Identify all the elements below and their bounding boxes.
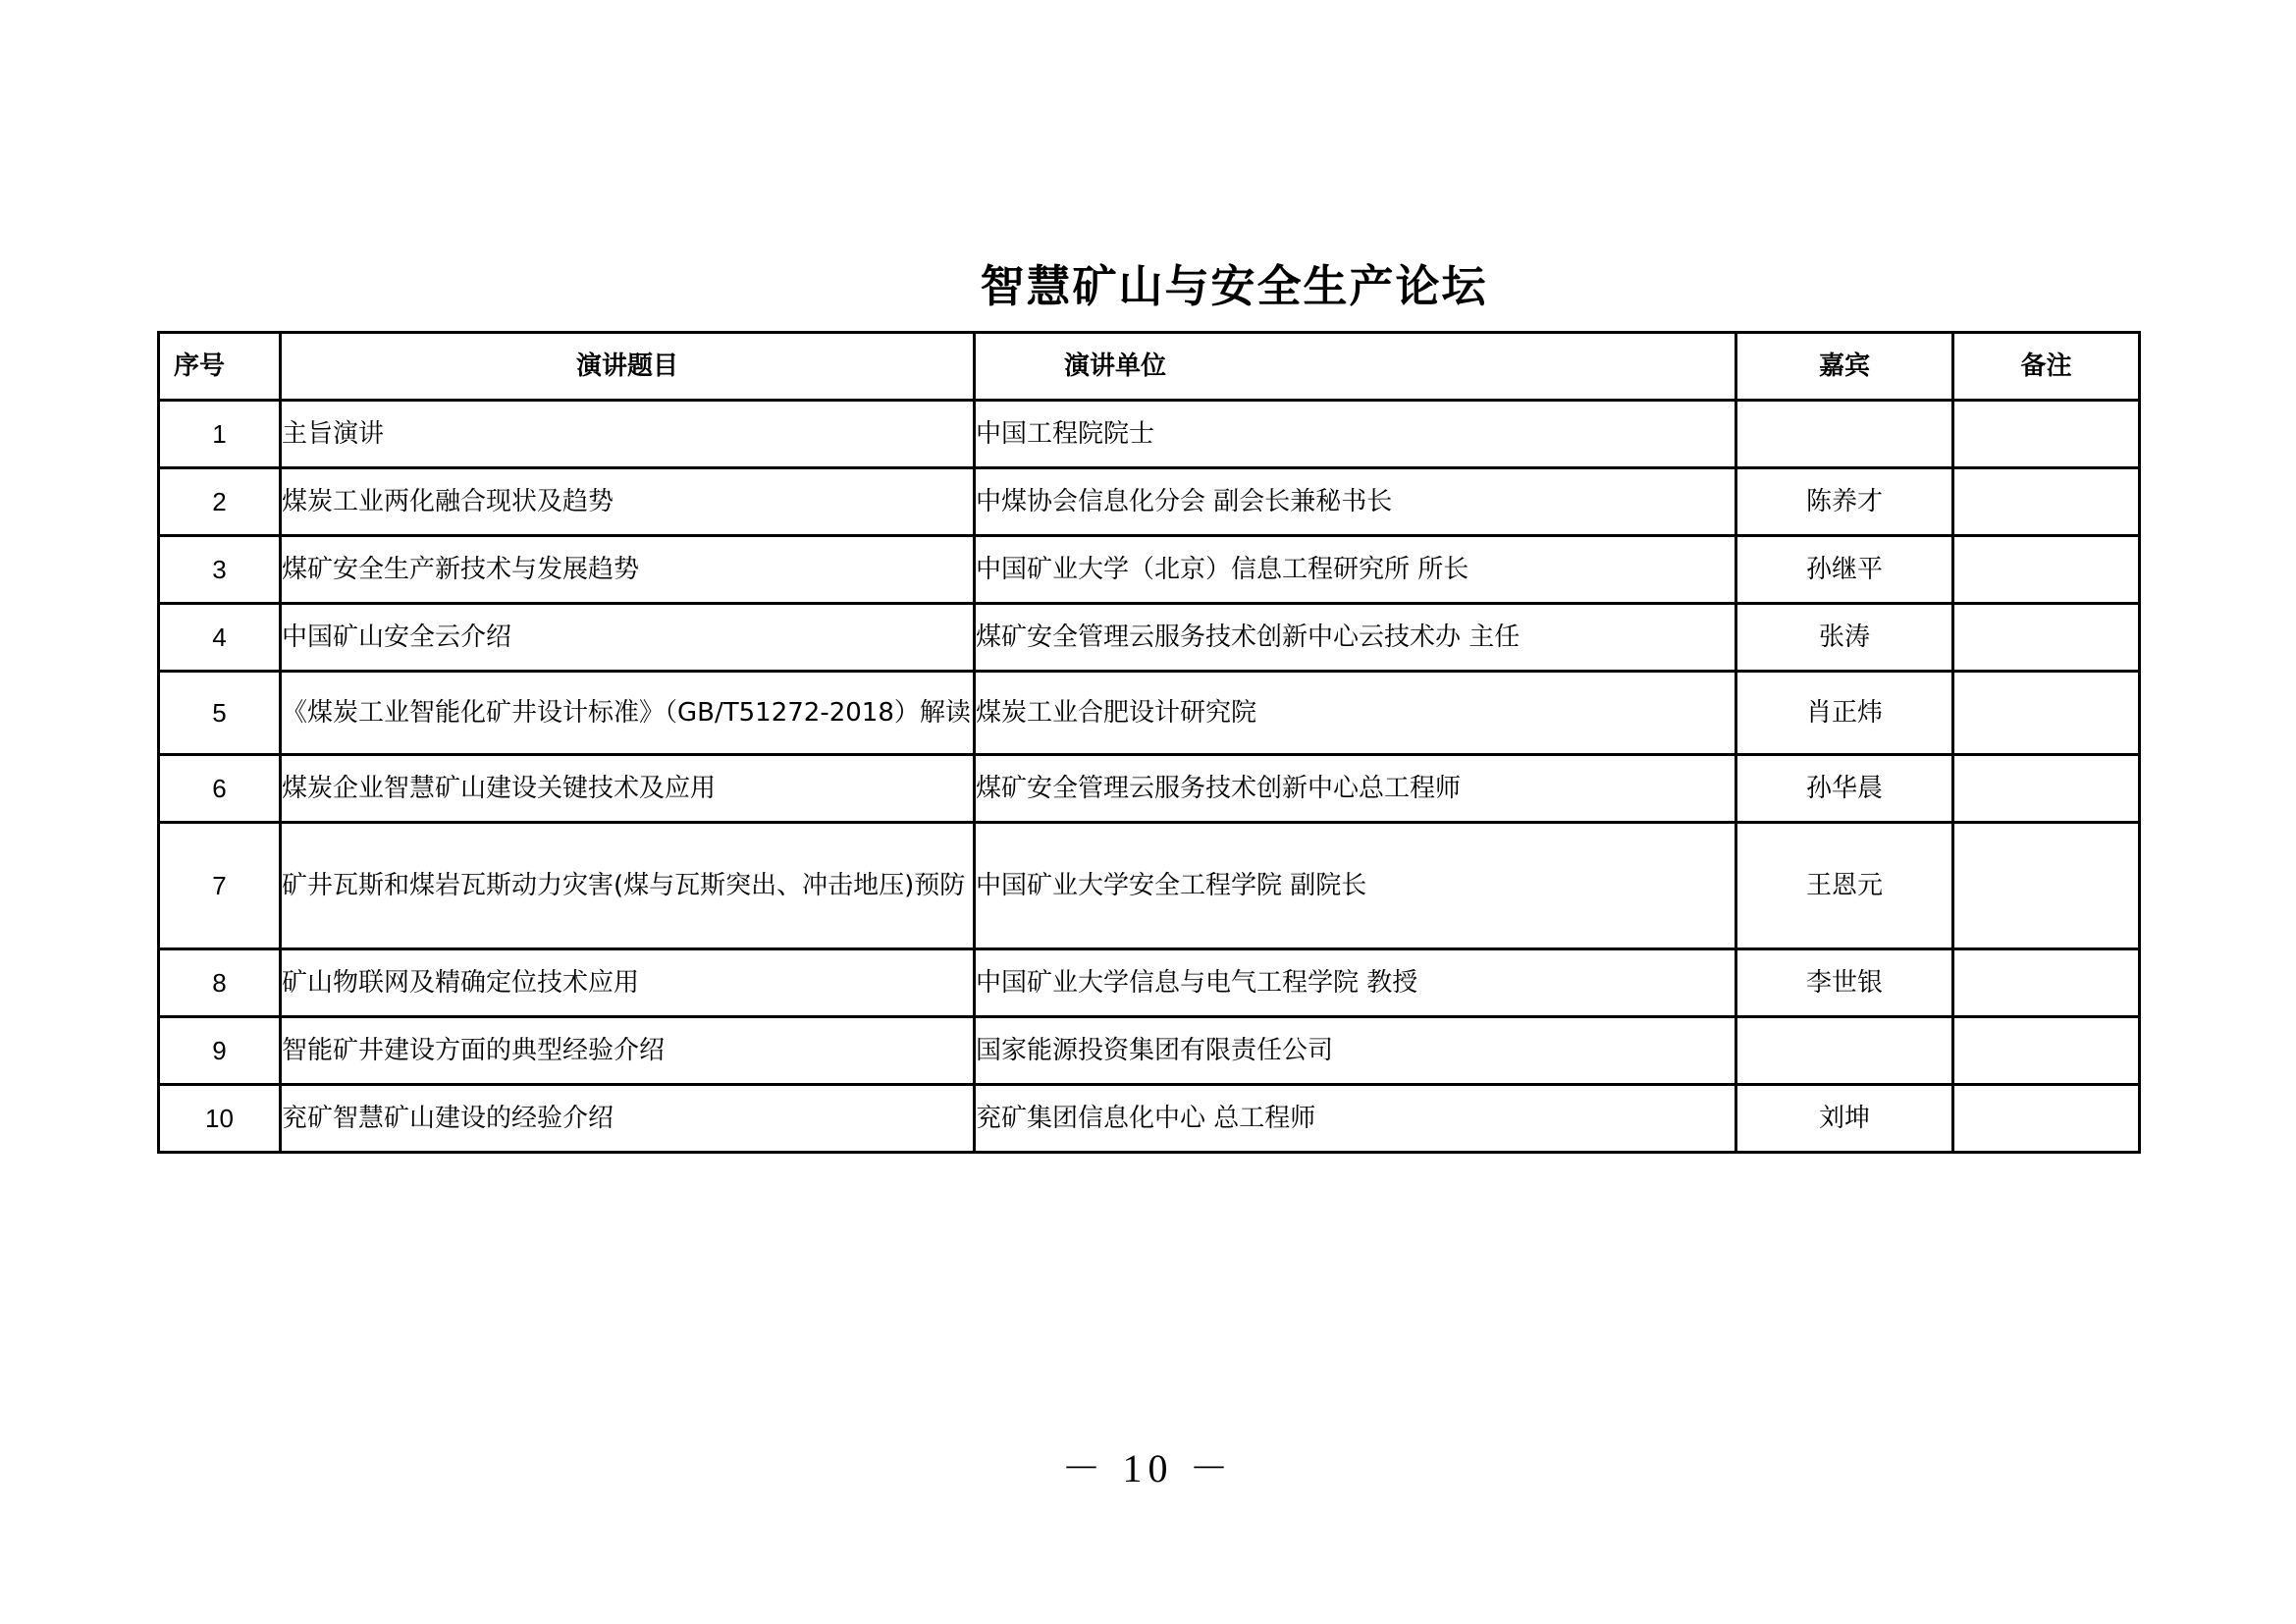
table-row: 2 煤炭工业两化融合现状及趋势 中煤协会信息化分会 副会长兼秘书长 陈养才 [159,468,2140,536]
cell-topic: 《煤炭工业智能化矿井设计标准》（GB/T51272-2018）解读 [281,672,975,755]
cell-organization: 煤矿安全管理云服务技术创新中心云技术办 主任 [975,604,1736,672]
header-no: 序号 [159,333,281,401]
cell-guest: 王恩元 [1736,823,1953,949]
cell-no: 2 [159,468,281,536]
table-header-row: 序号 演讲题目 演讲单位 嘉宾 备注 [159,333,2140,401]
table-row: 7 矿井瓦斯和煤岩瓦斯动力灾害(煤与瓦斯突出、冲击地压)预防 中国矿业大学安全工… [159,823,2140,949]
cell-note [1953,1017,2140,1085]
cell-guest: 孙继平 [1736,536,1953,604]
forum-agenda-table: 序号 演讲题目 演讲单位 嘉宾 备注 1 主旨演讲 中国工程院院士 2 煤炭工业… [157,331,2141,1154]
cell-organization: 中国工程院院士 [975,401,1736,468]
cell-no: 8 [159,949,281,1017]
cell-note [1953,949,2140,1017]
cell-guest: 李世银 [1736,949,1953,1017]
cell-organization: 中国矿业大学信息与电气工程学院 教授 [975,949,1736,1017]
table-row: 3 煤矿安全生产新技术与发展趋势 中国矿业大学（北京）信息工程研究所 所长 孙继… [159,536,2140,604]
cell-no: 7 [159,823,281,949]
cell-topic: 主旨演讲 [281,401,975,468]
cell-organization: 煤炭工业合肥设计研究院 [975,672,1736,755]
cell-no: 3 [159,536,281,604]
cell-topic: 中国矿山安全云介绍 [281,604,975,672]
cell-guest: 陈养才 [1736,468,1953,536]
cell-organization: 中煤协会信息化分会 副会长兼秘书长 [975,468,1736,536]
cell-topic: 煤矿安全生产新技术与发展趋势 [281,536,975,604]
cell-note [1953,755,2140,823]
table-row: 6 煤炭企业智慧矿山建设关键技术及应用 煤矿安全管理云服务技术创新中心总工程师 … [159,755,2140,823]
cell-note [1953,823,2140,949]
cell-organization: 国家能源投资集团有限责任公司 [975,1017,1736,1085]
table-row: 5 《煤炭工业智能化矿井设计标准》（GB/T51272-2018）解读 煤炭工业… [159,672,2140,755]
cell-no: 5 [159,672,281,755]
page-title: 智慧矿山与安全生产论坛 [0,257,2296,316]
cell-topic: 矿井瓦斯和煤岩瓦斯动力灾害(煤与瓦斯突出、冲击地压)预防 [281,823,975,949]
cell-note [1953,468,2140,536]
table-row: 10 兖矿智慧矿山建设的经验介绍 兖矿集团信息化中心 总工程师 刘坤 [159,1085,2140,1153]
cell-note [1953,604,2140,672]
cell-topic: 煤炭工业两化融合现状及趋势 [281,468,975,536]
page-number: － 10 － [0,1445,2296,1492]
cell-note [1953,672,2140,755]
cell-organization: 中国矿业大学安全工程学院 副院长 [975,823,1736,949]
cell-no: 1 [159,401,281,468]
cell-note [1953,1085,2140,1153]
cell-no: 9 [159,1017,281,1085]
cell-organization: 煤矿安全管理云服务技术创新中心总工程师 [975,755,1736,823]
cell-no: 6 [159,755,281,823]
cell-note [1953,536,2140,604]
header-guest: 嘉宾 [1736,333,1953,401]
cell-guest [1736,1017,1953,1085]
cell-organization: 兖矿集团信息化中心 总工程师 [975,1085,1736,1153]
cell-guest: 张涛 [1736,604,1953,672]
header-note: 备注 [1953,333,2140,401]
header-organization: 演讲单位 [975,333,1736,401]
table-row: 4 中国矿山安全云介绍 煤矿安全管理云服务技术创新中心云技术办 主任 张涛 [159,604,2140,672]
cell-organization: 中国矿业大学（北京）信息工程研究所 所长 [975,536,1736,604]
cell-guest: 刘坤 [1736,1085,1953,1153]
cell-no: 4 [159,604,281,672]
cell-guest: 肖正炜 [1736,672,1953,755]
cell-no: 10 [159,1085,281,1153]
cell-note [1953,401,2140,468]
cell-topic: 兖矿智慧矿山建设的经验介绍 [281,1085,975,1153]
cell-topic: 智能矿井建设方面的典型经验介绍 [281,1017,975,1085]
cell-guest: 孙华晨 [1736,755,1953,823]
header-topic: 演讲题目 [281,333,975,401]
cell-guest [1736,401,1953,468]
table-row: 1 主旨演讲 中国工程院院士 [159,401,2140,468]
cell-topic: 矿山物联网及精确定位技术应用 [281,949,975,1017]
cell-topic: 煤炭企业智慧矿山建设关键技术及应用 [281,755,975,823]
table-row: 9 智能矿井建设方面的典型经验介绍 国家能源投资集团有限责任公司 [159,1017,2140,1085]
table-row: 8 矿山物联网及精确定位技术应用 中国矿业大学信息与电气工程学院 教授 李世银 [159,949,2140,1017]
